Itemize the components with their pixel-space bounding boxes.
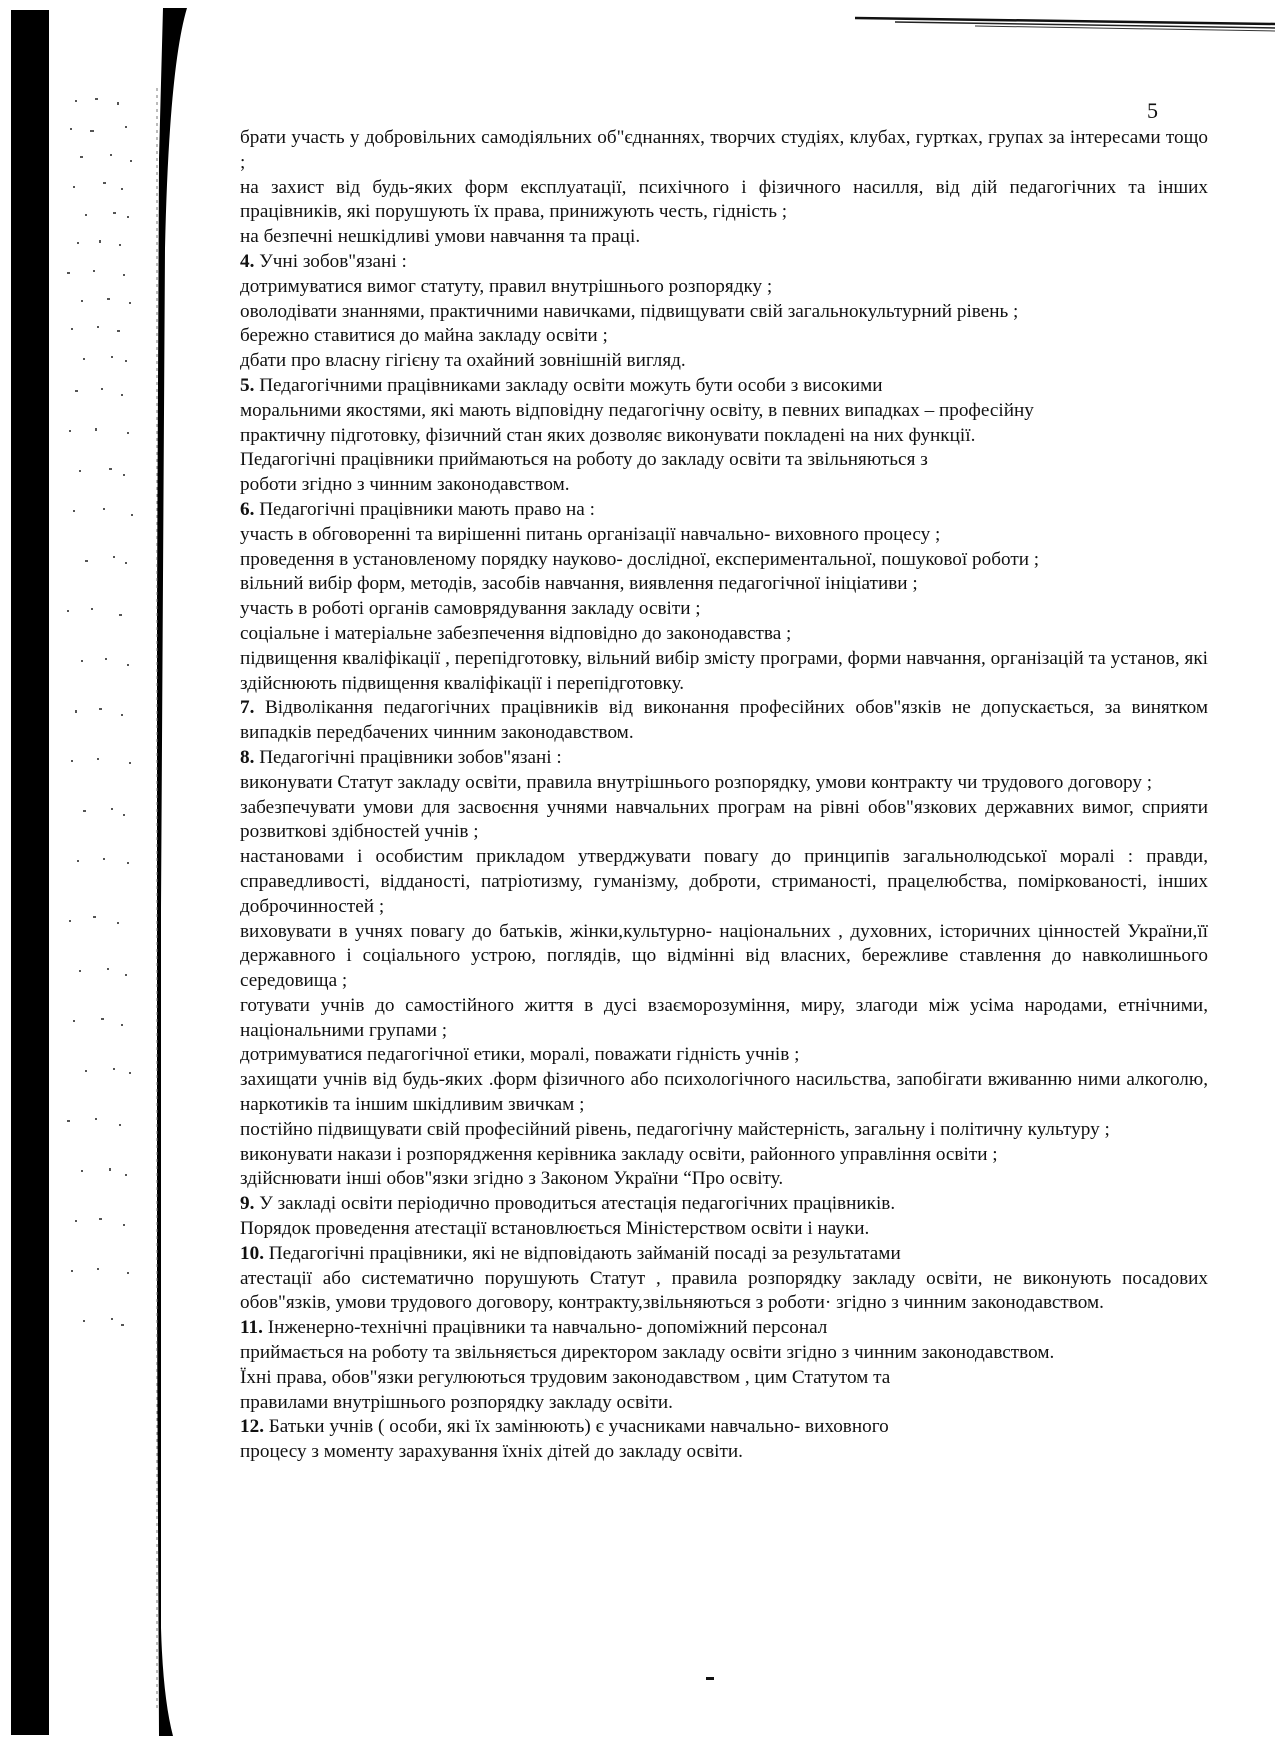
clause-item: вільний вибір форм, методів, засобів нав… — [240, 572, 1208, 597]
clause-number: 10. — [240, 1243, 269, 1264]
clause-item: брати участь у добровільних самодіяльних… — [240, 126, 1208, 176]
clause-text: приймається на роботу та звільняється ди… — [240, 1342, 1054, 1363]
clause-text: постійно підвищувати свій професійний рі… — [240, 1119, 1110, 1140]
clause-item: Їхні права, обов"язки регулюються трудов… — [240, 1366, 1208, 1416]
clause-item: Порядок проведення атестації встановлюєт… — [240, 1217, 1208, 1242]
clause-text: участь в роботі органів самоврядування з… — [240, 598, 701, 619]
clause-item: дотримуватися вимог статуту, правил внут… — [240, 275, 1208, 300]
clause-text: участь в обговоренні та вирішенні питань… — [240, 524, 940, 545]
clause-item: участь в роботі органів самоврядування з… — [240, 597, 1208, 622]
clause-item: виконувати накази і розпорядження керівн… — [240, 1143, 1208, 1168]
clause-number: 11. — [240, 1317, 268, 1338]
clause-item: виконувати Статут закладу освіти, правил… — [240, 771, 1208, 796]
numbered-clause: 11. Інженерно-технічні працівники та нав… — [240, 1316, 1208, 1366]
clause-text: практичну підготовку, фізичний стан яких… — [240, 425, 975, 446]
clause-text: Відволікання педагогічних працівників ві… — [240, 697, 1208, 743]
clause-text: атестації або систематично порушують Ста… — [240, 1268, 1208, 1314]
numbered-clause: 10. Педагогічні працівники, які не відпо… — [240, 1242, 1208, 1316]
numbered-clause: 9. У закладі освіти періодично проводить… — [240, 1192, 1208, 1217]
clause-number: 7. — [240, 697, 265, 718]
scan-bleed-through-noise — [55, 90, 150, 1340]
clause-item: підвищення кваліфікації , перепідготовку… — [240, 647, 1208, 697]
clause-text: Педагогічними працівниками закладу освіт… — [259, 375, 882, 396]
clause-text: моральними якостями, які мають відповідн… — [240, 400, 1034, 421]
clause-text: процесу з моменту зарахування їхніх діте… — [240, 1441, 743, 1462]
clause-item: оволодівати знаннями, практичними навичк… — [240, 300, 1208, 325]
clause-text: виконувати Статут закладу освіти, правил… — [240, 772, 1152, 793]
clause-text: на безпечні нешкідливі умови навчання та… — [240, 226, 640, 247]
clause-item: постійно підвищувати свій професійний рі… — [240, 1118, 1208, 1143]
clause-text: оволодівати знаннями, практичними навичк… — [240, 301, 1018, 322]
numbered-clause: 5. Педагогічними працівниками закладу ос… — [240, 374, 1208, 448]
clause-item: участь в обговоренні та вирішенні питань… — [240, 523, 1208, 548]
clause-text: виконувати накази і розпорядження керівн… — [240, 1144, 998, 1165]
clause-number: 6. — [240, 499, 259, 520]
numbered-clause: 12. Батьки учнів ( особи, які їх замінюю… — [240, 1415, 1208, 1465]
clause-item: виховувати в учнях повагу до батьків, жі… — [240, 920, 1208, 994]
clause-item: на безпечні нешкідливі умови навчання та… — [240, 225, 1208, 250]
clause-text: захищати учнів від будь-яких .форм фізич… — [240, 1069, 1208, 1115]
clause-item: соціальне і матеріальне забезпечення від… — [240, 622, 1208, 647]
clause-item: забезпечувати умови для засвоєння учнями… — [240, 796, 1208, 846]
clause-item: захищати учнів від будь-яких .форм фізич… — [240, 1068, 1208, 1118]
clause-text: Їхні права, обов"язки регулюються трудов… — [240, 1367, 890, 1388]
clause-number: 12. — [240, 1416, 269, 1437]
scan-dark-edge — [11, 10, 49, 1735]
numbered-clause: 7. Відволікання педагогічних працівників… — [240, 696, 1208, 746]
clause-text: Педагогічні працівники мають право на : — [259, 499, 595, 520]
numbered-clause: 6. Педагогічні працівники мають право на… — [240, 498, 1208, 523]
clause-item: дбати про власну гігієну та охайний зовн… — [240, 349, 1208, 374]
clause-item: дотримуватися педагогічної етики, моралі… — [240, 1043, 1208, 1068]
clause-number: 9. — [240, 1193, 259, 1214]
clause-text: проведення в установленому порядку науко… — [240, 549, 1039, 570]
clause-number: 4. — [240, 251, 259, 272]
clause-item: проведення в установленому порядку науко… — [240, 548, 1208, 573]
clause-text: готувати учнів до самостійного життя в д… — [240, 995, 1208, 1041]
clause-text: вільний вибір форм, методів, засобів нав… — [240, 573, 918, 594]
clause-text: бережно ставитися до майна закладу освіт… — [240, 325, 608, 346]
clause-text: дотримуватися педагогічної етики, моралі… — [240, 1044, 799, 1065]
clause-text: настановами і особистим прикладом утверд… — [240, 846, 1208, 917]
clause-text: соціальне і матеріальне забезпечення від… — [240, 623, 791, 644]
clause-text: на захист від будь-яких форм експлуатаці… — [240, 177, 1208, 223]
clause-item: бережно ставитися до майна закладу освіт… — [240, 324, 1208, 349]
page-number: 5 — [1147, 98, 1158, 124]
clause-text: виховувати в учнях повагу до батьків, жі… — [240, 921, 1208, 992]
scan-top-border — [855, 12, 1275, 34]
clause-text: дбати про власну гігієну та охайний зовн… — [240, 350, 686, 371]
clause-text: Педагогічні працівники приймаються на ро… — [240, 449, 928, 470]
numbered-clause: 4. Учні зобов"язані : — [240, 250, 1208, 275]
clause-text: дотримуватися вимог статуту, правил внут… — [240, 276, 772, 297]
clause-text: Педагогічні працівники, які не відповіда… — [269, 1243, 901, 1264]
clause-text: Порядок проведення атестації встановлюєт… — [240, 1218, 869, 1239]
clause-text: Інженерно-технічні працівники та навчаль… — [268, 1317, 828, 1338]
clause-text: брати участь у добровільних самодіяльних… — [240, 127, 1208, 173]
clause-item: на захист від будь-яких форм експлуатаці… — [240, 176, 1208, 226]
clause-text: правилами внутрішнього розпорядку заклад… — [240, 1392, 673, 1413]
clause-text: забезпечувати умови для засвоєння учнями… — [240, 797, 1208, 843]
scan-binding-shadow — [155, 8, 207, 1736]
clause-text: Батьки учнів ( особи, які їх замінюють) … — [269, 1416, 889, 1437]
clause-number: 8. — [240, 747, 259, 768]
clause-item: Педагогічні працівники приймаються на ро… — [240, 448, 1208, 498]
clause-text: У закладі освіти періодично проводиться … — [259, 1193, 895, 1214]
clause-item: настановами і особистим прикладом утверд… — [240, 845, 1208, 919]
clause-text: здійснювати інші обов"язки згідно з Зако… — [240, 1168, 783, 1189]
clause-text: роботи згідно з чинним законодавством. — [240, 474, 570, 495]
clause-item: здійснювати інші обов"язки згідно з Зако… — [240, 1167, 1208, 1192]
document-body: брати участь у добровільних самодіяльних… — [240, 126, 1208, 1465]
clause-text: Учні зобов"язані : — [259, 251, 407, 272]
clause-item: готувати учнів до самостійного життя в д… — [240, 994, 1208, 1044]
clause-number: 5. — [240, 375, 259, 396]
numbered-clause: 8. Педагогічні працівники зобов"язані : — [240, 746, 1208, 771]
clause-text: Педагогічні працівники зобов"язані : — [259, 747, 562, 768]
clause-text: підвищення кваліфікації , перепідготовку… — [240, 648, 1208, 694]
footer-mark — [706, 1677, 714, 1680]
